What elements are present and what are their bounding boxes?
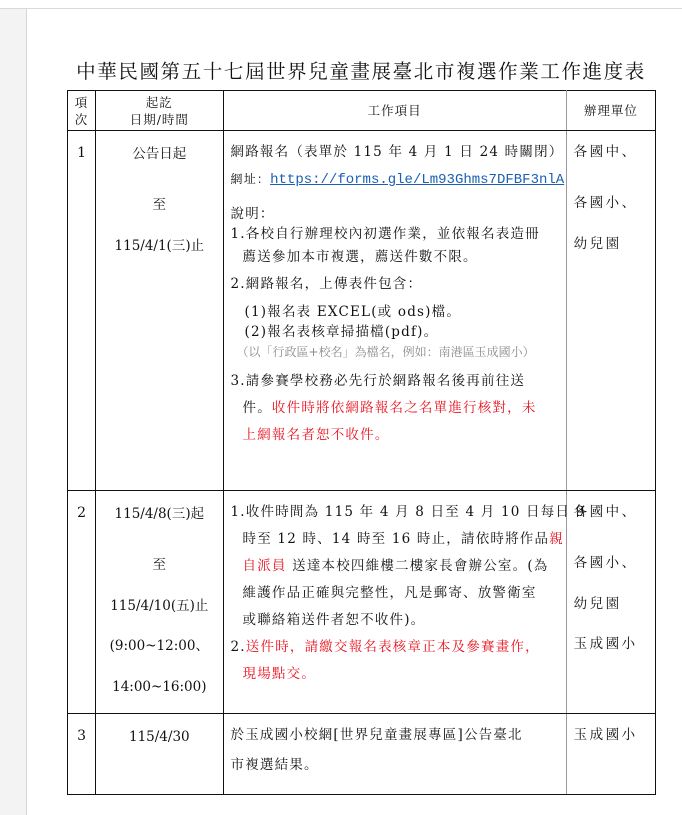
header-index: 項 次 bbox=[68, 91, 96, 131]
filename-note: （以「行政區+校名」為檔名，例如：南港區玉成國小） bbox=[231, 342, 560, 362]
registration-line: 網路報名（表單於 115 年 4 月 1 日 24 時關閉） bbox=[231, 139, 560, 166]
row-date: 115/4/8(三)起 至 115/4/10(五)止 (9:00~12:00、 … bbox=[96, 491, 223, 714]
table-row: 1 公告日起 至 115/4/1(三)止 網路報名（表單於 115 年 4 月 … bbox=[68, 131, 656, 491]
header-date: 起訖 日期/時間 bbox=[96, 91, 223, 131]
page-margin bbox=[0, 9, 27, 815]
row-work: 1.收件時間為 115 年 4 月 8 日至 4 月 10 日每日 9 時至 1… bbox=[223, 491, 566, 714]
row-date: 公告日起 至 115/4/1(三)止 bbox=[96, 131, 223, 491]
header-unit: 辦理單位 bbox=[566, 91, 655, 131]
row-work: 網路報名（表單於 115 年 4 月 1 日 24 時關閉） 網址：https:… bbox=[223, 131, 566, 491]
table-row: 2 115/4/8(三)起 至 115/4/10(五)止 (9:00~12:00… bbox=[68, 491, 656, 714]
row-date: 115/4/30 bbox=[96, 714, 223, 795]
schedule-table: 項 次 起訖 日期/時間 工作項目 辦理單位 1 公告日起 至 115/4/1(… bbox=[67, 90, 656, 795]
row-index: 3 bbox=[68, 714, 96, 795]
page-title: 中華民國第五十七屆世界兒童畫展臺北市複選作業工作進度表 bbox=[67, 56, 655, 84]
row-index: 2 bbox=[68, 491, 96, 714]
table-header-row: 項 次 起訖 日期/時間 工作項目 辦理單位 bbox=[68, 91, 656, 131]
url-line: 網址：https://forms.gle/Lm93Ghms7DFBF3nlA bbox=[231, 166, 560, 194]
row-unit: 玉成國小 bbox=[566, 714, 655, 795]
registration-form-link[interactable]: https://forms.gle/Lm93Ghms7DFBF3nlA bbox=[270, 172, 564, 188]
table-row: 3 115/4/30 於玉成國小校網[世界兒童畫展專區]公告臺北 市複選結果。 … bbox=[68, 714, 656, 795]
top-edge bbox=[0, 0, 682, 9]
row-unit: 各國中、 各國小、 幼兒園 bbox=[566, 131, 655, 491]
row-index: 1 bbox=[68, 131, 96, 491]
row-unit: 各國中、 各國小、 幼兒園 玉成國小 bbox=[566, 491, 655, 714]
row-work: 於玉成國小校網[世界兒童畫展專區]公告臺北 市複選結果。 bbox=[223, 714, 566, 795]
header-work: 工作項目 bbox=[223, 91, 566, 131]
